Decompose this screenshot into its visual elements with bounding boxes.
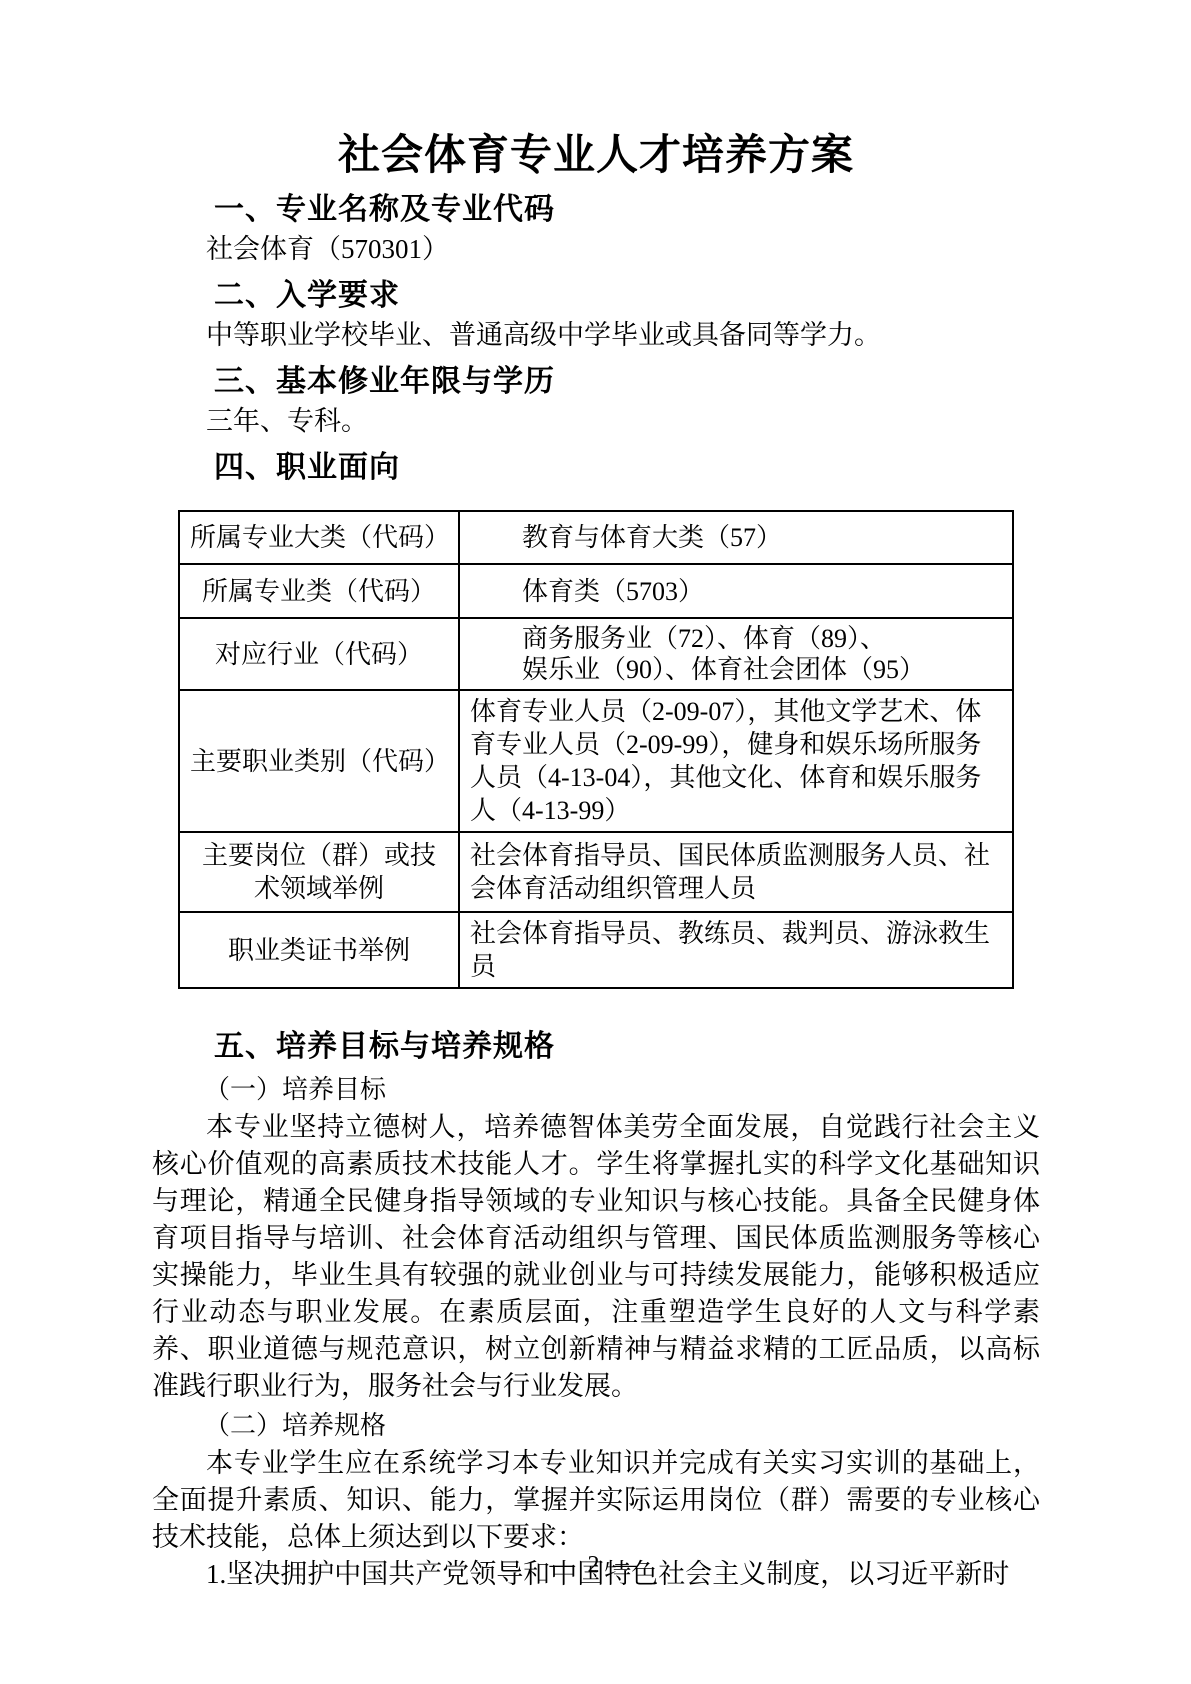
page-title: 社会体育专业人才培养方案	[152, 128, 1040, 182]
section-heading-3: 三、基本修业年限与学历	[152, 362, 1040, 402]
table-row: 主要岗位（群）或技术领域举例 社会体育指导员、国民体质监测服务人员、社会体育活动…	[179, 832, 1013, 912]
training-goal-paragraph: 本专业坚持立德树人，培养德智体美劳全面发展，自觉践行社会主义核心价值观的高素质技…	[152, 1109, 1040, 1405]
document-content: 社会体育专业人才培养方案 一、专业名称及专业代码 社会体育（570301） 二、…	[152, 0, 1040, 1593]
row-label: 主要职业类别（代码）	[179, 690, 459, 832]
row-value: 社会体育指导员、国民体质监测服务人员、社会体育活动组织管理人员	[459, 832, 1013, 912]
table-row: 主要职业类别（代码） 体育专业人员（2-09-07），其他文学艺术、体育专业人员…	[179, 690, 1013, 832]
subsection-heading-1: （一）培养目标	[152, 1071, 1040, 1109]
section-body-2: 中等职业学校毕业、普通高级中学毕业或具备同等学力。	[152, 316, 1040, 354]
row-value: 体育类（5703）	[459, 564, 1013, 618]
section-heading-1: 一、专业名称及专业代码	[152, 190, 1040, 230]
section-heading-5: 五、培养目标与培养规格	[152, 1025, 1040, 1069]
training-spec-paragraph: 本专业学生应在系统学习本专业知识并完成有关实习实训的基础上，全面提升素质、知识、…	[152, 1445, 1040, 1556]
table-row: 职业类证书举例 社会体育指导员、教练员、裁判员、游泳救生员	[179, 912, 1013, 988]
document-page: 社会体育专业人才培养方案 一、专业名称及专业代码 社会体育（570301） 二、…	[0, 0, 1191, 1684]
row-label: 主要岗位（群）或技术领域举例	[179, 832, 459, 912]
table-row: 所属专业类（代码） 体育类（5703）	[179, 564, 1013, 618]
row-label: 所属专业类（代码）	[179, 564, 459, 618]
row-label: 对应行业（代码）	[179, 618, 459, 690]
table-row: 对应行业（代码） 商务服务业（72）、体育（89）、 娱乐业（90）、体育社会团…	[179, 618, 1013, 690]
row-value: 商务服务业（72）、体育（89）、 娱乐业（90）、体育社会团体（95）	[459, 618, 1013, 690]
row-value: 体育专业人员（2-09-07），其他文学艺术、体育专业人员（2-09-99），健…	[459, 690, 1013, 832]
subsection-heading-2: （二）培养规格	[152, 1407, 1040, 1445]
row-value: 教育与体育大类（57）	[459, 511, 1013, 564]
section-body-3: 三年、专科。	[152, 402, 1040, 440]
section-body-1: 社会体育（570301）	[152, 230, 1040, 268]
row-value: 社会体育指导员、教练员、裁判员、游泳救生员	[459, 912, 1013, 988]
section-heading-2: 二、入学要求	[152, 276, 1040, 316]
row-label: 职业类证书举例	[179, 912, 459, 988]
section-heading-4: 四、职业面向	[152, 448, 1040, 488]
page-number: — 2 —	[0, 1552, 1191, 1579]
table-row: 所属专业大类（代码） 教育与体育大类（57）	[179, 511, 1013, 564]
occupation-table: 所属专业大类（代码） 教育与体育大类（57） 所属专业类（代码） 体育类（570…	[178, 510, 1014, 989]
row-label: 所属专业大类（代码）	[179, 511, 459, 564]
